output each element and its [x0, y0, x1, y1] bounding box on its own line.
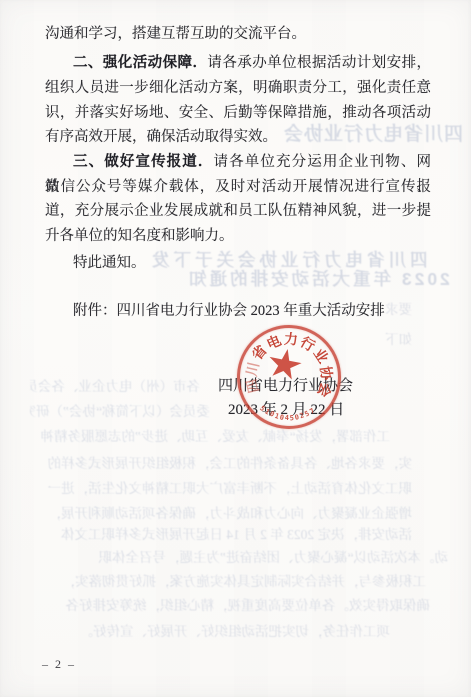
body-line: 组织人员进一步细化活动方案，明确职责分工，强化责任意: [45, 76, 431, 101]
scanned-notice-page: 四川省电力行业协会四川省电力行业协会关于下发2023 年重大活动安排的通知要求如…: [0, 0, 471, 697]
document-body: 沟通和学习，搭建互帮互助的交流平台。二、强化活动保障．请各承办单位根据活动计划安…: [0, 0, 471, 697]
section-heading: 三、做好宣传报道．: [73, 154, 214, 170]
body-line: 二、强化活动保障．请各承办单位根据活动计划安排，: [45, 51, 431, 76]
body-line: 微信公众号等媒介载体，及时对活动开展情况进行宣传报: [45, 175, 431, 200]
body-line: 有序高效开展，确保活动取得实效。: [45, 125, 431, 150]
body-text: 特此通知。: [73, 255, 146, 271]
body-text: 附件：四川省电力行业协会 2023 年重大活动安排: [73, 303, 385, 319]
body-line: 升各单位的知名度和影响力。: [45, 224, 431, 249]
section-heading: 二、强化活动保障．: [73, 55, 207, 71]
signature-org: 四川省电力行业协会: [218, 375, 353, 397]
body-line: 特此通知。: [45, 251, 431, 276]
body-line: 沟通和学习，搭建互帮互助的交流平台。: [45, 22, 431, 47]
body-line: 识，并落实好场地、安全、后勤等保障措施，推动各项活动: [45, 101, 431, 126]
body-text: 请各承办单位根据活动计划安排，: [207, 55, 431, 71]
body-line: 道，充分展示企业发展成就和员工队伍精神风貌，进一步提: [45, 199, 431, 224]
body-text: 微信公众号等媒介载体，及时对活动开展情况进行宣传报: [45, 179, 431, 195]
signature-date: 2023 年 2 月 22 日: [228, 399, 344, 421]
body-text: 组织人员进一步细化活动方案，明确职责分工，强化责任意: [45, 80, 431, 96]
page-number: – 2 –: [42, 657, 76, 672]
body-line: 附件：四川省电力行业协会 2023 年重大活动安排: [45, 299, 431, 324]
body-text: 有序高效开展，确保活动取得实效。: [45, 129, 277, 145]
body-text: 道，充分展示企业发展成就和员工队伍精神风貌，进一步提: [45, 203, 431, 219]
body-text: 升各单位的知名度和影响力。: [45, 228, 234, 244]
body-text: 沟通和学习，搭建互帮互助的交流平台。: [45, 26, 306, 42]
body-text: 识，并落实好场地、安全、后勤等保障措施，推动各项活动: [45, 105, 431, 121]
